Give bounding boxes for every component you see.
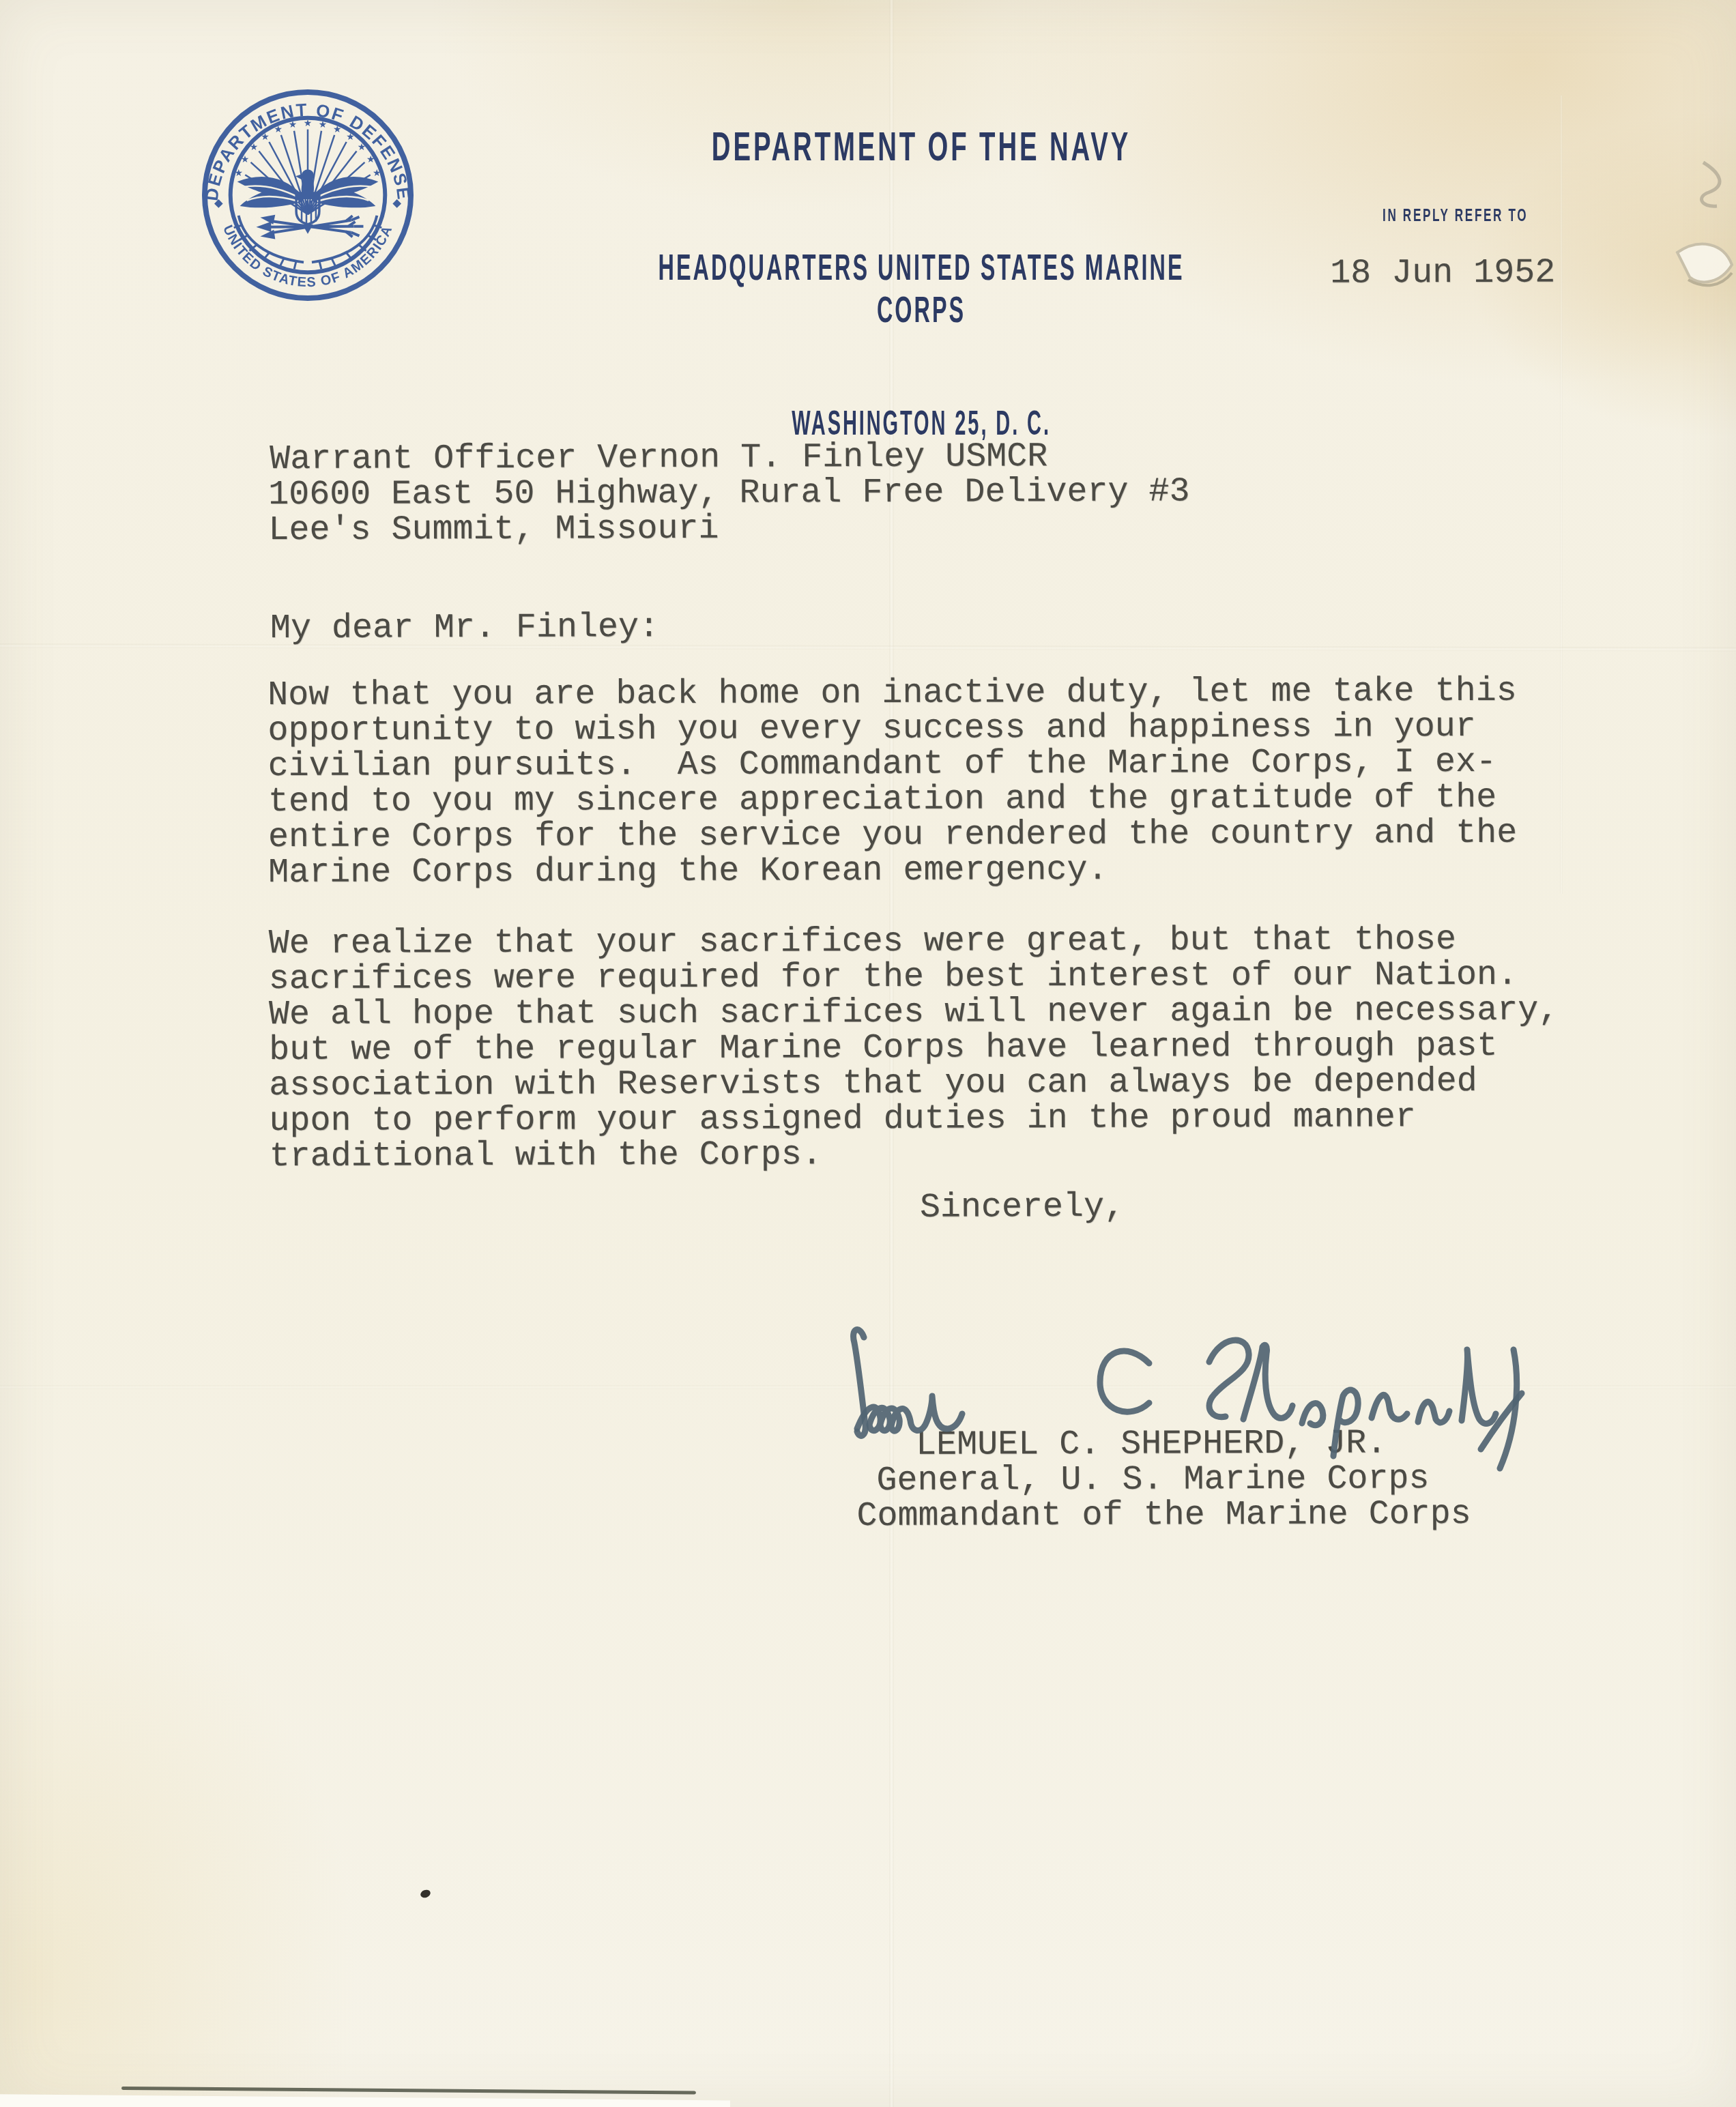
closing: Sincerely, bbox=[920, 1190, 1125, 1226]
signer-title-line: Commandant of the Marine Corps bbox=[856, 1497, 1471, 1535]
body-paragraph-2: We realize that your sacrifices were gre… bbox=[268, 922, 1559, 1175]
recipient-name-line: Warrant Officer Vernon T. Finley USMCR bbox=[270, 439, 1047, 478]
handwritten-signature bbox=[841, 1322, 1537, 1486]
body-paragraph-1: Now that you are back home on inactive d… bbox=[267, 674, 1517, 891]
letter-date: 18 Jun 1952 bbox=[1330, 255, 1555, 291]
typewritten-layer: 18 Jun 1952 Warrant Officer Vernon T. Fi… bbox=[0, 0, 1736, 2107]
corner-tear-artifact bbox=[1664, 150, 1736, 314]
salutation: My dear Mr. Finley: bbox=[270, 610, 659, 647]
letter-page: DEPARTMENT OF DEFENSE UNITED STATES OF A… bbox=[0, 0, 1736, 2107]
recipient-address-line: 10600 East 50 Highway, Rural Free Delive… bbox=[268, 474, 1189, 513]
recipient-city-line: Lee's Summit, Missouri bbox=[268, 512, 719, 549]
